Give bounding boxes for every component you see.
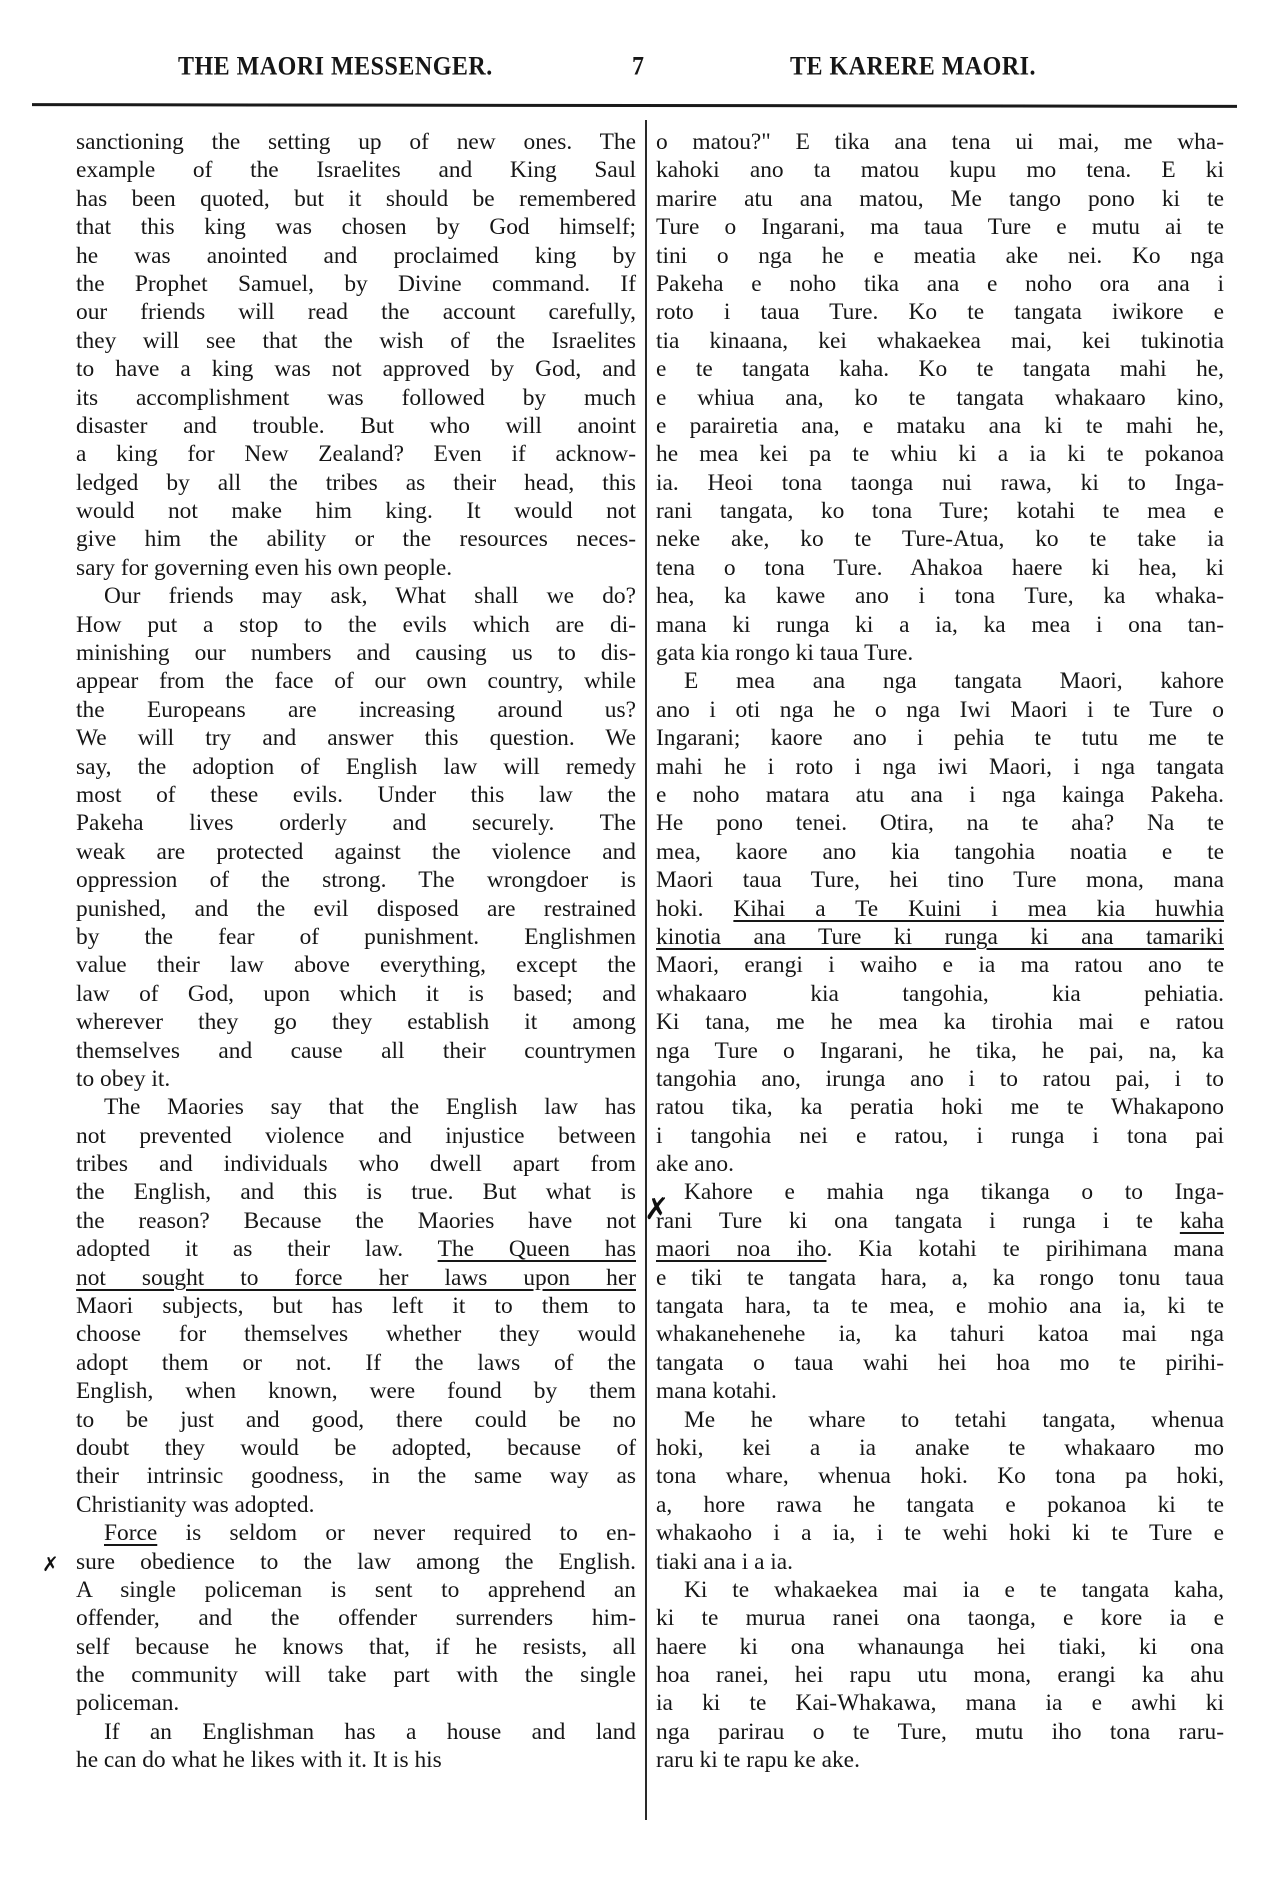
text-line: e whiua ana, ko te tangata whakaaro kino…: [656, 384, 1224, 412]
underlined-phrase: kinotia ana Ture ki runga ki ana tamarik…: [656, 924, 1224, 950]
text-line: doubt they would be adopted, because of: [76, 1434, 636, 1462]
text-line: its accomplishment was followed by much: [76, 384, 636, 412]
text-line: whakanehenehe ia, ka tahuri katoa mai ng…: [656, 1320, 1224, 1348]
text-line: Force is seldom or never required to en-: [76, 1519, 636, 1547]
text-line: Christianity was adopted.: [76, 1491, 636, 1519]
text-line: most of these evils. Under this law the: [76, 781, 636, 809]
text-line: value their law above everything, except…: [76, 951, 636, 979]
text-line: wherever they go they establish it among: [76, 1008, 636, 1036]
text-line: mea, kaore ano kia tangohia noatia e te: [656, 838, 1224, 866]
text-line: tena o tona Ture. Ahakoa haere ki hea, k…: [656, 554, 1224, 582]
text-line: he was anointed and proclaimed king by: [76, 242, 636, 270]
text-line: neke ake, ko te Ture-Atua, ko te take ia: [656, 525, 1224, 553]
text-line: We will try and answer this question. We: [76, 724, 636, 752]
text-line: How put a stop to the evils which are di…: [76, 611, 636, 639]
text-line: sanctioning the setting up of new ones. …: [76, 128, 636, 156]
text-line: The Maories say that the English law has: [76, 1093, 636, 1121]
text-line: ledged by all the tribes as their head, …: [76, 469, 636, 497]
header-rule: [32, 103, 1237, 108]
text-line: give him the ability or the resources ne…: [76, 525, 636, 553]
text-line: tangohia ano, irunga ano i to ratou pai,…: [656, 1065, 1224, 1093]
text-line: ia ki te Kai-Whakawa, mana ia e awhi ki: [656, 1689, 1224, 1717]
text-line: kinotia ana Ture ki runga ki ana tamarik…: [656, 923, 1224, 951]
text-line: tangata o taua wahi hei hoa mo te pirihi…: [656, 1349, 1224, 1377]
text-line: to obey it.: [76, 1065, 636, 1093]
text-line: our friends will read the account carefu…: [76, 298, 636, 326]
text-line: the reason? Because the Maories have not: [76, 1207, 636, 1235]
paragraph: Our friends may ask, What shall we do?Ho…: [76, 582, 636, 1093]
text-line: ake ano.: [656, 1150, 1224, 1178]
text-line: their intrinsic goodness, in the same wa…: [76, 1462, 636, 1490]
text-line: e noho matara atu ana i nga kainga Pakeh…: [656, 781, 1224, 809]
text-line: sary for governing even his own people.: [76, 554, 636, 582]
paragraph: Ki te whakaekea mai ia e te tangata kaha…: [656, 1576, 1224, 1775]
paragraph: E mea ana nga tangata Maori, kahoreano i…: [656, 667, 1224, 1178]
text-line: tiaki ana i a ia.: [656, 1548, 1224, 1576]
margin-cross-mark-icon: ✗: [42, 1552, 59, 1576]
text-line: by the fear of punishment. Englishmen: [76, 923, 636, 951]
masthead-english: THE MAORI MESSENGER.: [178, 52, 493, 82]
text-line: appear from the face of our own country,…: [76, 667, 636, 695]
underlined-phrase: The Queen has: [438, 1236, 636, 1262]
paragraph: o matou?" E tika ana tena ui mai, me wha…: [656, 128, 1224, 667]
text-line: adopt them or not. If the laws of the: [76, 1349, 636, 1377]
text-line: the English, and this is true. But what …: [76, 1178, 636, 1206]
text-line: example of the Israelites and King Saul: [76, 156, 636, 184]
text-line: A single policeman is sent to apprehend …: [76, 1576, 636, 1604]
text-line: maori noa iho. Kia kotahi te pirihimana …: [656, 1235, 1224, 1263]
paragraph: sanctioning the setting up of new ones. …: [76, 128, 636, 582]
text-line: oppression of the strong. The wrongdoer …: [76, 866, 636, 894]
paragraph: Kahore e mahia nga tikanga o to Inga-ran…: [656, 1178, 1224, 1405]
text-line: marire atu ana matou, Me tango pono ki t…: [656, 185, 1224, 213]
paragraph: If an Englishman has a house and landhe …: [76, 1718, 636, 1775]
text-line: Ki te whakaekea mai ia e te tangata kaha…: [656, 1576, 1224, 1604]
text-line: Maori taua Ture, hei tino Ture mona, man…: [656, 866, 1224, 894]
paragraph: The Maories say that the English law has…: [76, 1093, 636, 1519]
text-line: punished, and the evil disposed are rest…: [76, 895, 636, 923]
text-line: rani tangata, ko tona Ture; kotahi te me…: [656, 497, 1224, 525]
text-line: Pakeha e noho tika ana e noho ora ana i: [656, 270, 1224, 298]
text-line: a king for New Zealand? Even if acknow-: [76, 440, 636, 468]
text-line: Me he whare to tetahi tangata, whenua: [656, 1406, 1224, 1434]
text-line: mana ki runga ki a ia, ka mea i ona tan-: [656, 611, 1224, 639]
text-line: he mea kei pa te whiu ki a ia ki te poka…: [656, 440, 1224, 468]
text-line: that this king was chosen by God himself…: [76, 213, 636, 241]
text-line: hoa ranei, hei rapu utu mona, erangi ka …: [656, 1661, 1224, 1689]
text-line: whakaoho i a ia, i te wehi hoki ki te Tu…: [656, 1519, 1224, 1547]
text-line: raru ki te rapu ke ake.: [656, 1746, 1224, 1774]
text-line: disaster and trouble. But who will anoin…: [76, 412, 636, 440]
text-line: ia. Heoi tona taonga nui rawa, ki to Ing…: [656, 469, 1224, 497]
text-line: rani Ture ki ona tangata i runga i te ka…: [656, 1207, 1224, 1235]
text-line: whakaaro kia tangohia, kia pehiatia.: [656, 980, 1224, 1008]
text-line: He pono tenei. Otira, na te aha? Na te: [656, 809, 1224, 837]
text-line: not prevented violence and injustice bet…: [76, 1122, 636, 1150]
text-line: the Europeans are increasing around us?: [76, 696, 636, 724]
text-line: hoki, kei a ia anake te whakaaro mo: [656, 1434, 1224, 1462]
text-line: ratou tika, ka peratia hoki me te Whakap…: [656, 1093, 1224, 1121]
text-line: e te tangata kaha. Ko te tangata mahi he…: [656, 355, 1224, 383]
english-column: sanctioning the setting up of new ones. …: [76, 128, 636, 1775]
text-line: hoki. Kihai a Te Kuini i mea kia huwhia: [656, 895, 1224, 923]
column-divider: [645, 120, 647, 1820]
text-line: Pakeha lives orderly and securely. The: [76, 809, 636, 837]
text-line: would not make him king. It would not: [76, 497, 636, 525]
page-number: 7: [632, 52, 645, 82]
text-line: gata kia rongo ki taua Ture.: [656, 639, 1224, 667]
text-line: E mea ana nga tangata Maori, kahore: [656, 667, 1224, 695]
text-line: Ki tana, me he mea ka tirohia mai e rato…: [656, 1008, 1224, 1036]
text-line: sure obedience to the law among the Engl…: [76, 1548, 636, 1576]
text-line: Our friends may ask, What shall we do?: [76, 582, 636, 610]
paragraph: Force is seldom or never required to en-…: [76, 1519, 636, 1718]
text-line: tangata hara, ta te mea, e mohio ana ia,…: [656, 1292, 1224, 1320]
text-line: Maori, erangi i waiho e ia ma ratou ano …: [656, 951, 1224, 979]
text-line: the community will take part with the si…: [76, 1661, 636, 1689]
page-header: THE MAORI MESSENGER. 7 TE KARERE MAORI.: [0, 52, 1280, 92]
text-line: nga Ture o Ingarani, he tika, he pai, na…: [656, 1037, 1224, 1065]
margin-cross-mark-icon: ✗: [644, 1192, 669, 1227]
text-line: not sought to force her laws upon her: [76, 1264, 636, 1292]
text-line: mahi he i roto i nga iwi Maori, i nga ta…: [656, 753, 1224, 781]
text-line: weak are protected against the violence …: [76, 838, 636, 866]
text-line: choose for themselves whether they would: [76, 1320, 636, 1348]
text-line: nga parirau o te Ture, mutu iho tona rar…: [656, 1718, 1224, 1746]
text-line: kahoki ano ta matou kupu mo tena. E ki: [656, 156, 1224, 184]
text-line: policeman.: [76, 1689, 636, 1717]
text-line: o matou?" E tika ana tena ui mai, me wha…: [656, 128, 1224, 156]
text-line: If an Englishman has a house and land: [76, 1718, 636, 1746]
text-line: tribes and individuals who dwell apart f…: [76, 1150, 636, 1178]
text-line: tini o nga he e meatia ake nei. Ko nga: [656, 242, 1224, 270]
text-line: Ture o Ingarani, ma taua Ture e mutu ai …: [656, 213, 1224, 241]
underlined-phrase: maori noa iho: [656, 1236, 826, 1262]
text-line: roto i taua Ture. Ko te tangata iwikore …: [656, 298, 1224, 326]
text-line: i tangohia nei e ratou, i runga i tona p…: [656, 1122, 1224, 1150]
text-line: mana kotahi.: [656, 1377, 1224, 1405]
text-line: Ingarani; kaore ano i pehia te tutu me t…: [656, 724, 1224, 752]
text-line: offender, and the offender surrenders hi…: [76, 1604, 636, 1632]
text-line: self because he knows that, if he resist…: [76, 1633, 636, 1661]
text-line: minishing our numbers and causing us to …: [76, 639, 636, 667]
text-line: ki te murua ranei ona taonga, e kore ia …: [656, 1604, 1224, 1632]
text-line: haere ki ona whanaunga hei tiaki, ki ona: [656, 1633, 1224, 1661]
text-line: he can do what he likes with it. It is h…: [76, 1746, 636, 1774]
text-line: tia kinaana, kei whakaekea mai, kei tuki…: [656, 327, 1224, 355]
text-line: adopted it as their law. The Queen has: [76, 1235, 636, 1263]
underlined-phrase: Kihai a Te Kuini i mea kia huwhia: [733, 896, 1224, 922]
text-line: tona whare, whenua hoki. Ko tona pa hoki…: [656, 1462, 1224, 1490]
underlined-phrase: kaha: [1180, 1208, 1224, 1234]
text-line: e parairetia ana, e mataku ana ki te mah…: [656, 412, 1224, 440]
text-line: hea, ka kawe ano i tona Ture, ka whaka-: [656, 582, 1224, 610]
maori-column: o matou?" E tika ana tena ui mai, me wha…: [656, 128, 1224, 1775]
text-line: say, the adoption of English law will re…: [76, 753, 636, 781]
text-line: Maori subjects, but has left it to them …: [76, 1292, 636, 1320]
text-line: themselves and cause all their countryme…: [76, 1037, 636, 1065]
masthead-maori: TE KARERE MAORI.: [790, 52, 1036, 82]
text-line: ano i oti nga he o nga Iwi Maori i te Tu…: [656, 696, 1224, 724]
underlined-phrase: not sought to force her laws upon her: [76, 1265, 636, 1291]
paragraph: Me he whare to tetahi tangata, whenuahok…: [656, 1406, 1224, 1576]
text-line: English, when known, were found by them: [76, 1377, 636, 1405]
text-line: has been quoted, but it should be rememb…: [76, 185, 636, 213]
underlined-phrase: Force: [104, 1520, 157, 1546]
text-line: they will see that the wish of the Israe…: [76, 327, 636, 355]
text-line: Kahore e mahia nga tikanga o to Inga-: [656, 1178, 1224, 1206]
text-line: e tiki te tangata hara, a, ka rongo tonu…: [656, 1264, 1224, 1292]
text-line: a, hore rawa he tangata e pokanoa ki te: [656, 1491, 1224, 1519]
text-line: law of God, upon which it is based; and: [76, 980, 636, 1008]
text-line: to be just and good, there could be no: [76, 1406, 636, 1434]
text-line: to have a king was not approved by God, …: [76, 355, 636, 383]
text-line: the Prophet Samuel, by Divine command. I…: [76, 270, 636, 298]
